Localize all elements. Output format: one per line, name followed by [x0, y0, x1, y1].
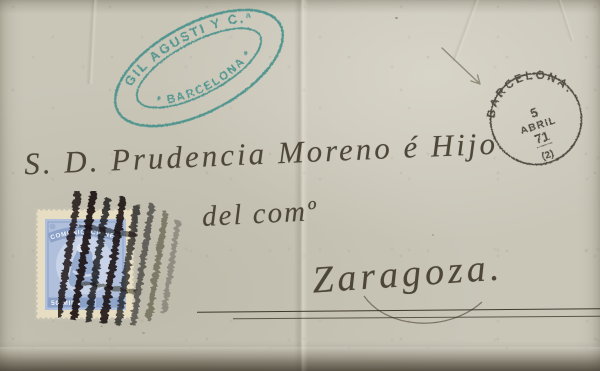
cancel-bars-group [58, 191, 183, 334]
fold-shadow-bottom [0, 347, 600, 371]
oval-handstamp-group: GIL AGUSTI Y C.ª * BARCELONA * [97, 0, 301, 150]
underline-flourish [356, 294, 516, 336]
paper-speck [432, 234, 434, 236]
letter-cover-photo: GIL AGUSTI Y C.ª * BARCELONA * BARCELONA… [0, 0, 600, 371]
barcelona-datestamp: BARCELONA. 5 ABRIL 71 (2) [474, 57, 597, 180]
company-oval-handstamp: GIL AGUSTI Y C.ª * BARCELONA * [92, 0, 307, 155]
fold-crease-corner-right [555, 0, 576, 42]
address-line-1: S. D. Prudencia Moreno é Hijo [23, 126, 498, 183]
datestamp-town: BARCELONA. [476, 57, 578, 122]
svg-text:BARCELONA.: BARCELONA. [476, 57, 578, 122]
paper-speck [395, 17, 398, 19]
grill-cancellation [58, 191, 188, 341]
address-line-2: del comº [201, 195, 319, 234]
